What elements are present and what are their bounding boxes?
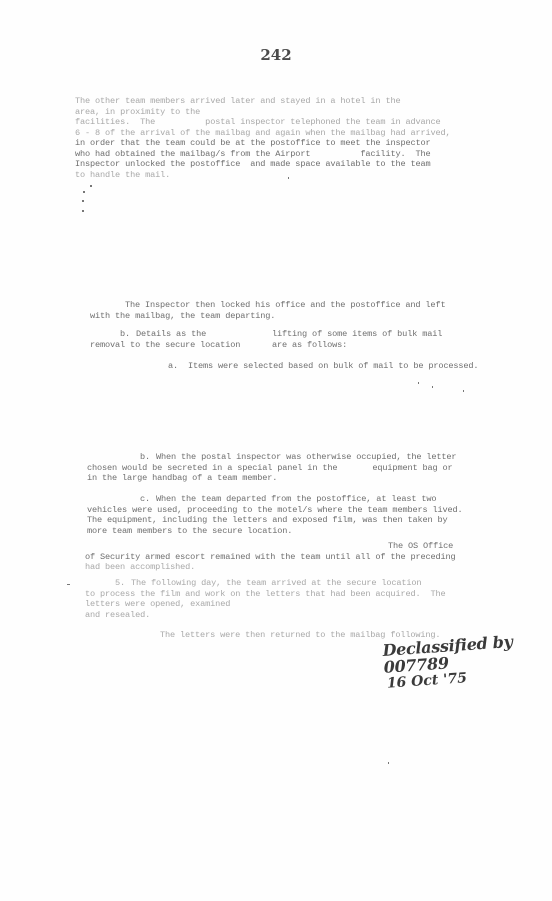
item-label: a.	[168, 361, 178, 372]
text-line: and resealed.	[85, 610, 150, 621]
margin-mark	[83, 191, 85, 193]
text-line: The equipment, including the letters and…	[87, 515, 448, 526]
text-line: chosen would be secreted in a special pa…	[87, 463, 453, 474]
text-line: The Inspector then locked his office and…	[125, 300, 445, 311]
stray-mark	[432, 386, 433, 388]
handwritten-declassification: Declassified by 007789 16 Oct '75	[382, 630, 552, 693]
stray-mark	[418, 382, 419, 384]
section-label: b.	[120, 329, 130, 340]
stray-mark	[388, 762, 389, 764]
text-line: who had obtained the mailbag/s from the …	[75, 149, 431, 160]
text-line: The following day, the team arrived at t…	[131, 578, 421, 589]
text-line: The other team members arrived later and…	[75, 96, 400, 107]
margin-mark	[288, 177, 289, 179]
text-line: area, in proximity to the	[75, 107, 200, 118]
text-line: Inspector unlocked the postoffice and ma…	[75, 159, 431, 170]
stray-mark	[463, 390, 464, 392]
text-line: 6 - 8 of the arrival of the mailbag and …	[75, 128, 451, 139]
text-line: with the mailbag, the team departing.	[90, 311, 275, 322]
item-label: b.	[140, 452, 150, 463]
text-line: of Security armed escort remained with t…	[85, 552, 456, 563]
text-line: When the team departed from the postoffi…	[156, 494, 436, 505]
item-label: 5.	[115, 578, 125, 589]
text-line: facilities. The postal inspector telepho…	[75, 117, 441, 128]
text-line: to handle the mail.	[75, 170, 170, 181]
text-line: Items were selected based on bulk of mai…	[188, 361, 478, 372]
text-line: had been accomplished.	[85, 562, 195, 573]
text-line: lifting of some items of bulk mail	[272, 329, 442, 340]
text-line: more team members to the secure location…	[87, 526, 292, 537]
text-line: vehicles were used, proceeding to the mo…	[87, 505, 463, 516]
text-line: in the large handbag of a team member.	[87, 473, 277, 484]
text-line: to process the film and work on the lett…	[85, 589, 446, 600]
page-number: 242	[0, 46, 552, 64]
text-line: removal to the secure location	[90, 340, 240, 351]
text-line: are as follows:	[272, 340, 347, 351]
text-line: in order that the team could be at the p…	[75, 138, 431, 149]
text-line: Details as the	[136, 329, 206, 340]
margin-mark	[67, 584, 70, 585]
margin-mark	[82, 200, 84, 202]
item-label: c.	[140, 494, 150, 505]
margin-mark	[82, 210, 84, 212]
document-page: 242 The other team members arrived later…	[0, 0, 552, 901]
text-line: When the postal inspector was otherwise …	[156, 452, 456, 463]
text-line: letters were opened, examined	[85, 599, 230, 610]
margin-mark	[90, 185, 92, 187]
text-line: The OS Office	[388, 541, 453, 552]
